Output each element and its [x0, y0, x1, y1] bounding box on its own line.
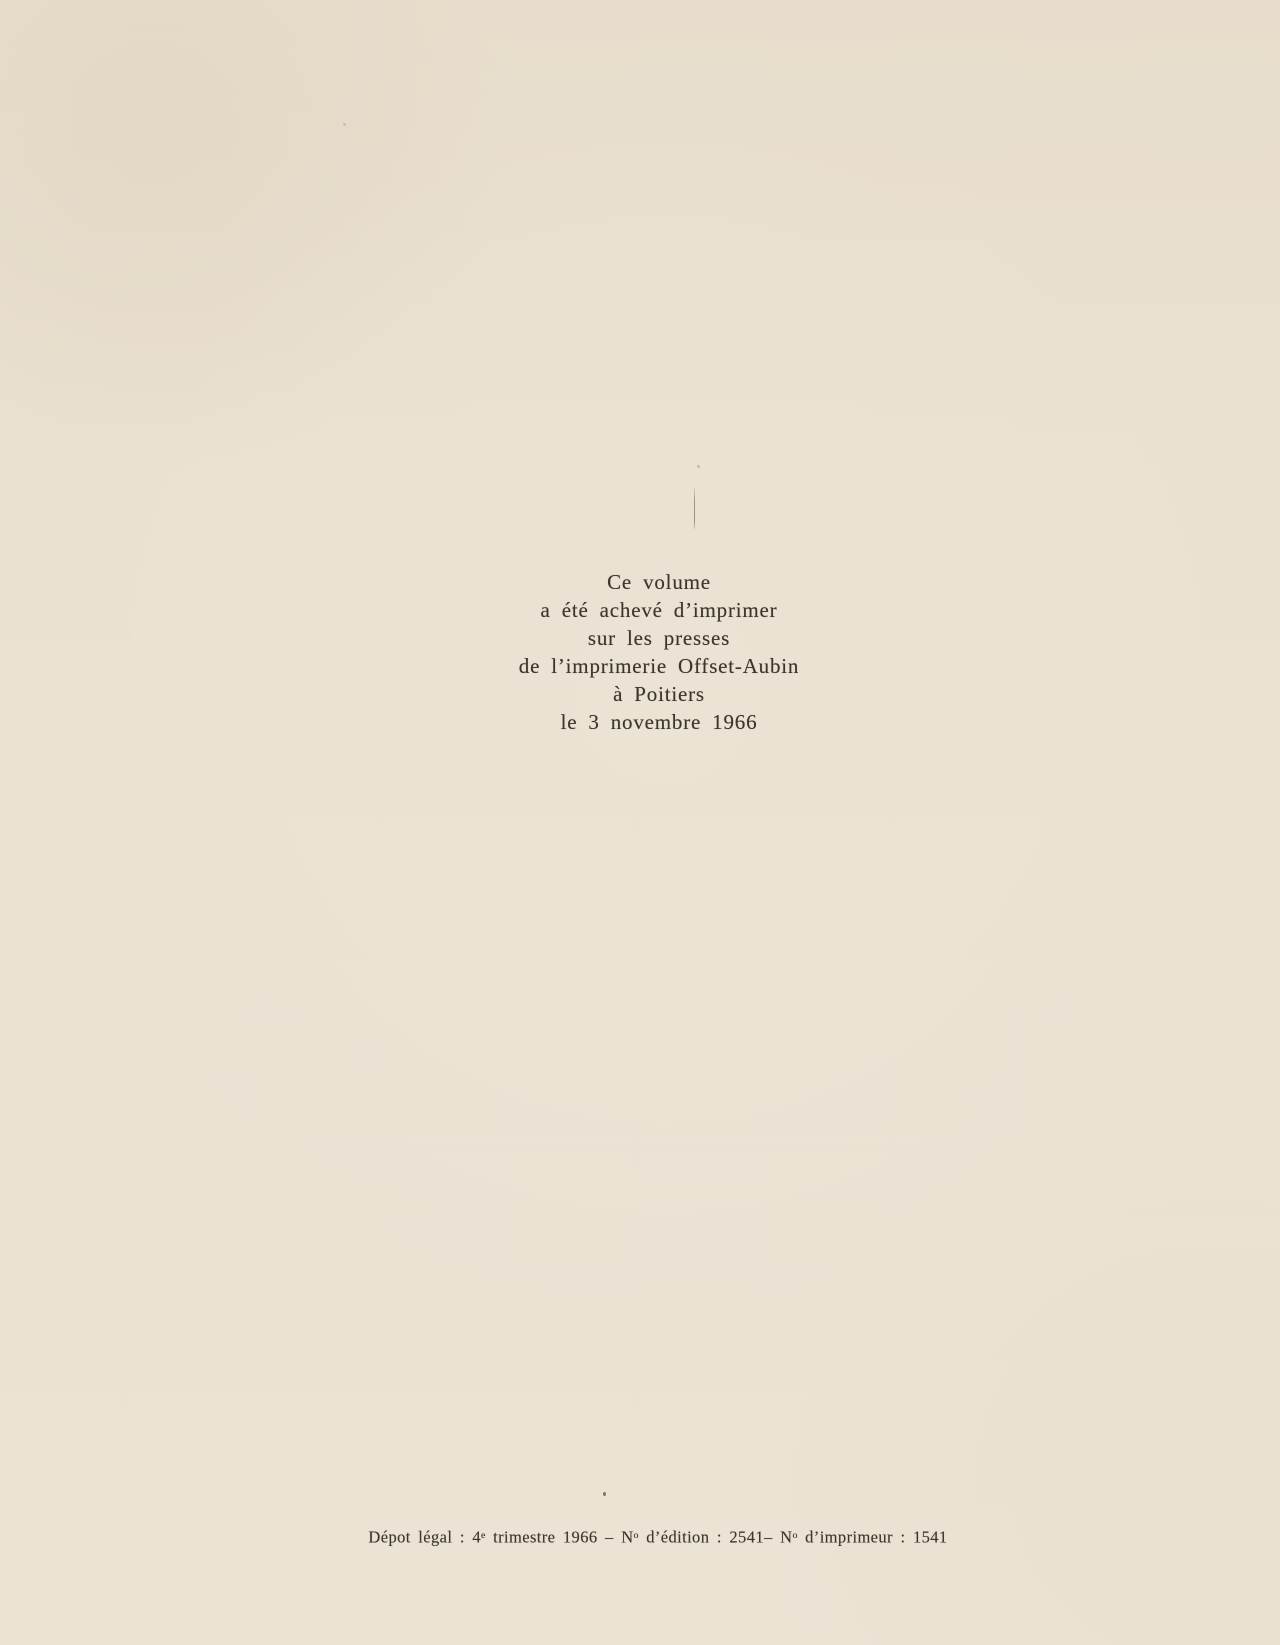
imprint-segment: d’imprimeur : 1541 [798, 1527, 948, 1546]
colophon-line: Ce volume [519, 568, 799, 596]
imprint-segment: d’édition : 2541– N [639, 1527, 793, 1546]
colophon-line: sur les presses [519, 624, 799, 652]
scan-artifact-hairline [694, 487, 695, 529]
colophon-text-block: Ce volume a été achevé d’imprimer sur le… [519, 568, 799, 736]
colophon-line: à Poitiers [519, 680, 799, 708]
scan-artifact-speck [343, 123, 346, 126]
scanned-book-page: Ce volume a été achevé d’imprimer sur le… [0, 0, 1280, 1645]
imprint-line: Dépot légal : 4e trimestre 1966 – No d’é… [368, 1526, 947, 1547]
imprint-segment: trimestre 1966 – N [486, 1527, 634, 1546]
scan-artifact-speck [697, 465, 700, 468]
colophon-line: le 3 novembre 1966 [519, 708, 799, 736]
colophon-line: a été achevé d’imprimer [519, 596, 799, 624]
imprint-segment: Dépot légal : 4 [368, 1527, 481, 1546]
colophon-line: de l’imprimerie Offset-Aubin [519, 652, 799, 680]
scan-artifact-speck [603, 1492, 606, 1496]
